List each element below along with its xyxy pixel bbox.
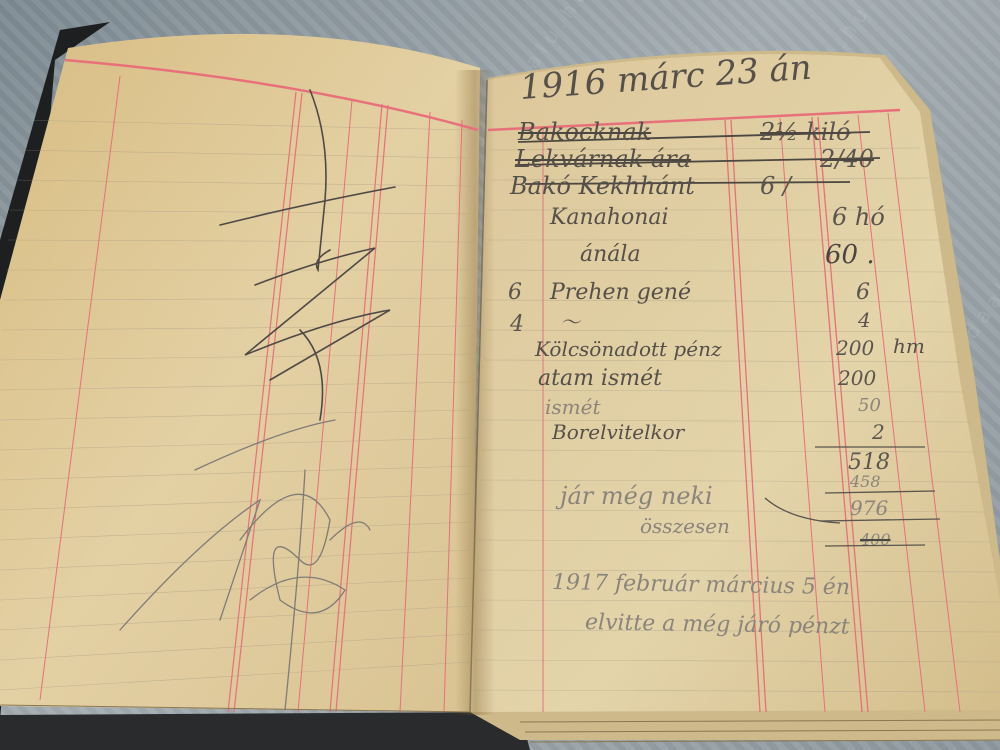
entry-10-amount: 2 [872, 420, 885, 444]
entry-2-amount: 6 / [760, 172, 791, 200]
entry-9-amount: 50 [858, 395, 881, 416]
calc-line-458: 458 [850, 472, 881, 491]
entry-9-text: ismét [545, 395, 601, 419]
entry-4-amount: 60 . [825, 240, 875, 270]
entry-5-prefix: 6 [508, 280, 522, 305]
entry-1-text: Lekvárnak ára [515, 145, 691, 173]
entry-8-amount: 200 [838, 366, 876, 390]
left-page [0, 34, 480, 712]
entry-0-text: Bakocknak [518, 118, 651, 146]
entry-8-text: atam ismét [538, 366, 662, 391]
entry-6-text: 〜 [560, 306, 580, 335]
entry-0-amount: 2½ kiló [760, 118, 851, 146]
entry-2-text: Bakó Kekhhánt [510, 172, 695, 200]
entry-6-amount: 4 [858, 308, 871, 332]
entry-7-suffix: hm [893, 334, 925, 358]
book-cover-bottom [0, 712, 530, 750]
entry-7-amount: 200 [836, 336, 874, 360]
entry-10-text: Borelvitelkor [552, 420, 684, 444]
entry-6-prefix: 4 [510, 312, 524, 337]
entry-7-text: Kölcsönadott pénz [535, 337, 721, 361]
footer-note-line-2: elvitte a még járó pénzt [585, 610, 850, 640]
calc-label-remaining: jár még neki [560, 482, 713, 510]
calc-line-976: 976 [850, 496, 888, 520]
entry-3-amount: 6 hó [832, 203, 885, 231]
entry-5-amount: 6 [856, 280, 870, 305]
calc-label-total: összesen [640, 514, 730, 538]
entry-5-text: Prehen gené [550, 280, 691, 305]
footer-note-line-1: 1917 február március 5 én [552, 570, 850, 600]
entry-3-text: Kanahonai [550, 205, 669, 230]
entry-4-text: ánála [580, 242, 641, 267]
calc-line-400: 400 [860, 530, 891, 549]
entry-1-amount: 2/40 [820, 145, 874, 173]
